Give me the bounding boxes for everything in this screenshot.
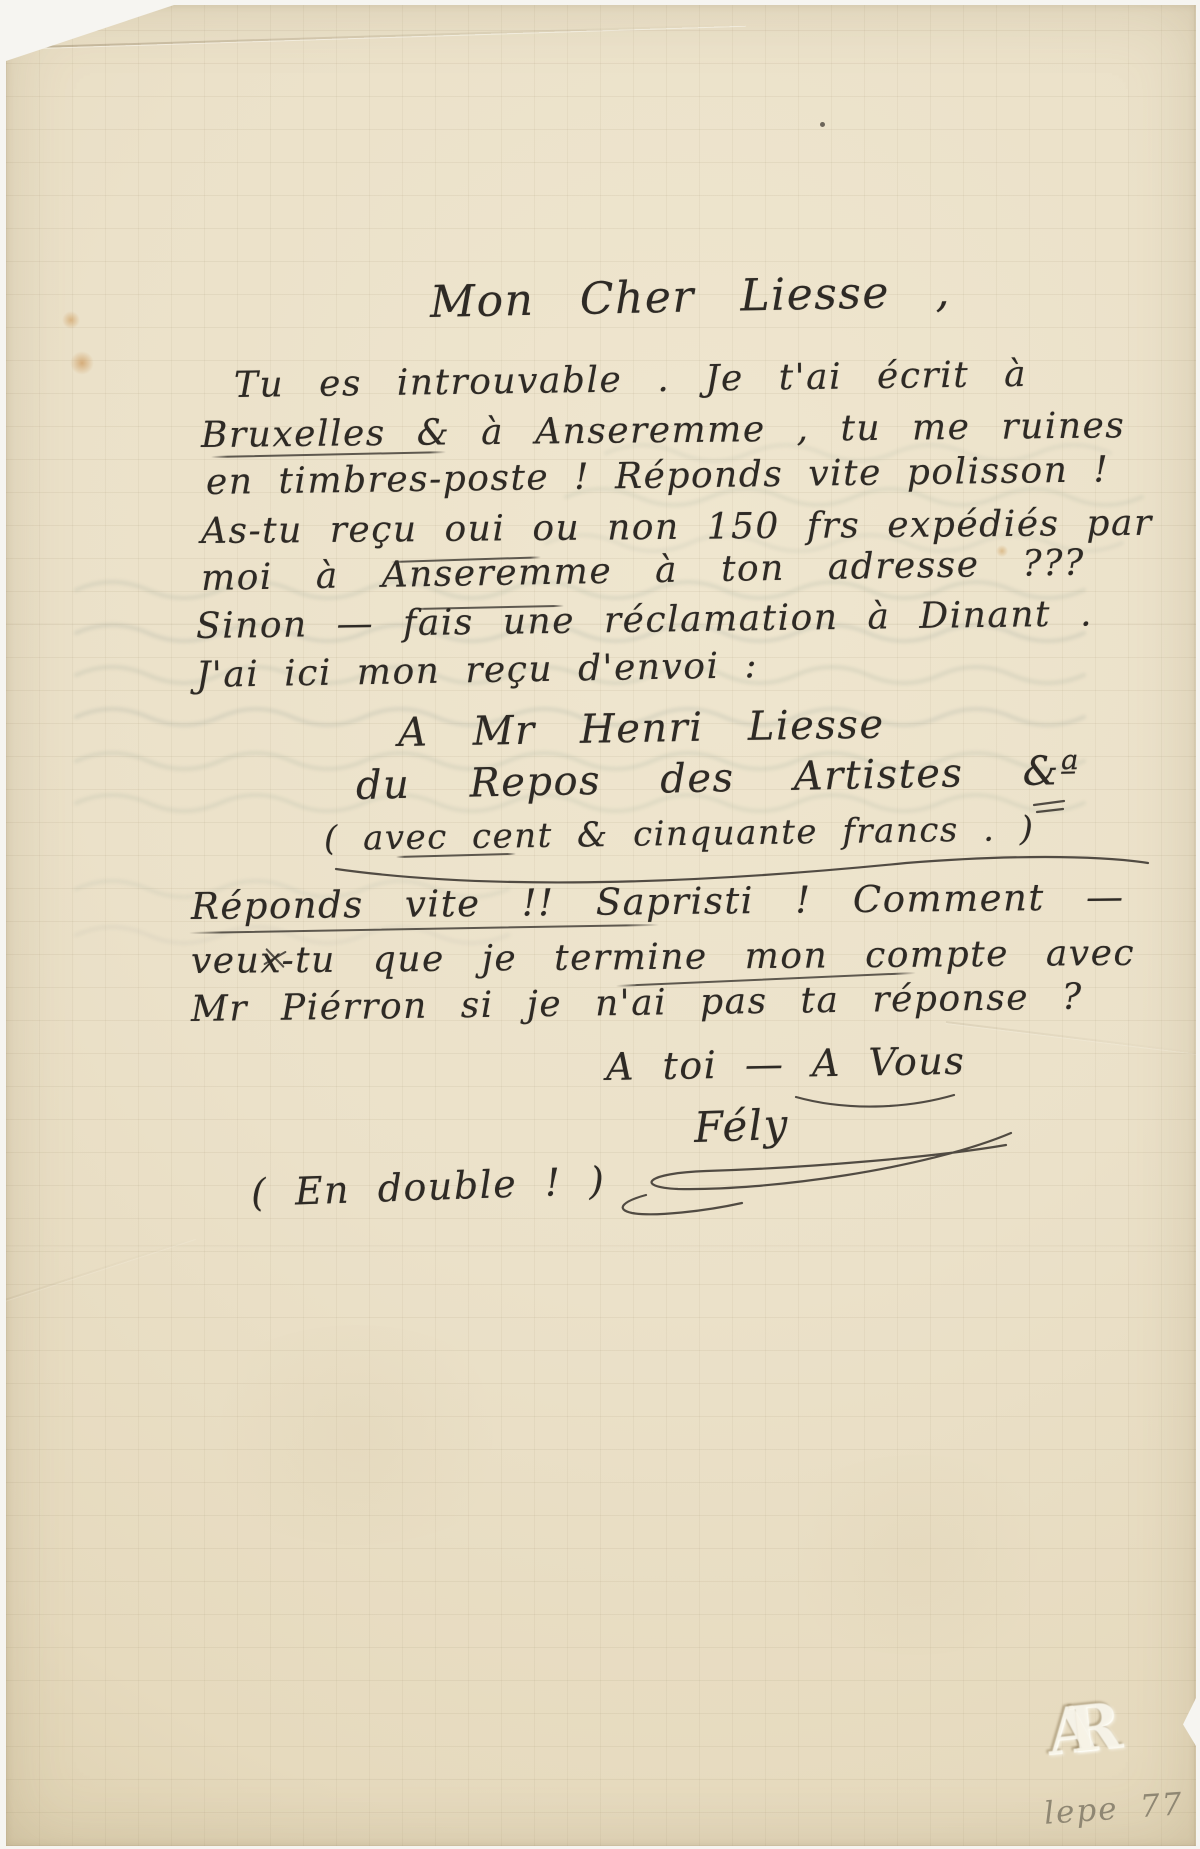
scan-background: { "letter": { "salutation": "Mon Cher Li…: [0, 0, 1200, 1849]
embossed-monogram-stamp: AR: [1042, 1691, 1096, 1770]
letter-sheet: Mon Cher Liesse , Tu es introuvable . Je…: [6, 5, 1196, 1846]
signature-flourish: [6, 5, 1200, 1849]
ink-speck: [60, 15, 67, 22]
